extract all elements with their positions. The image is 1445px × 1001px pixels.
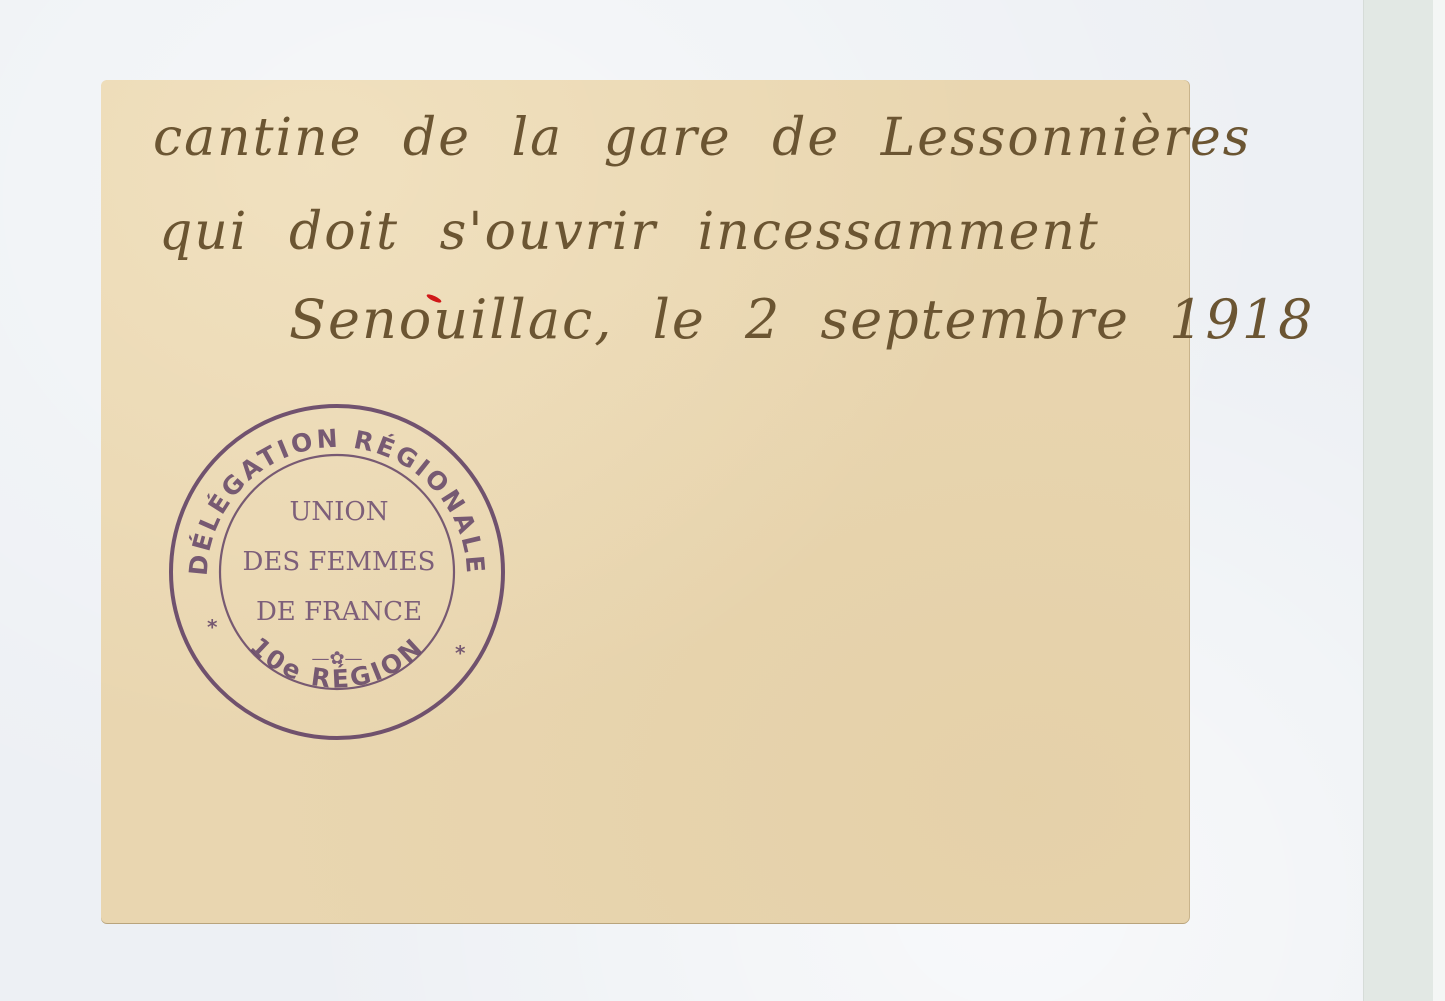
handwritten-line-2: qui doit s'ouvrir incessamment (159, 202, 1100, 262)
stamp-star-left: * (207, 615, 218, 639)
circular-stamp: DÉLÉGATION RÉGIONALE 10e RÉGION * * UNIO… (167, 402, 507, 742)
handwritten-place-date: Senouillac, le 2 septembre 1918 (289, 288, 1315, 351)
backing-sheet-edge (1433, 0, 1445, 1001)
stamp-inner-line-1: UNION (290, 497, 389, 527)
handwritten-line-1: cantine de la gare de Lessonnières (153, 108, 1251, 168)
stamp-inner-line-3: DE FRANCE (256, 597, 422, 627)
stamp-inner-line-2: DES FEMMES (243, 547, 436, 577)
stamp-ornament: —✿— (311, 648, 362, 669)
stamp-star-right: * (455, 641, 466, 665)
stamp-seal-icon: DÉLÉGATION RÉGIONALE 10e RÉGION * * UNIO… (167, 402, 507, 742)
postcard: cantine de la gare de Lessonnières qui d… (101, 80, 1189, 923)
backing-sheet-strip (1363, 0, 1434, 1001)
